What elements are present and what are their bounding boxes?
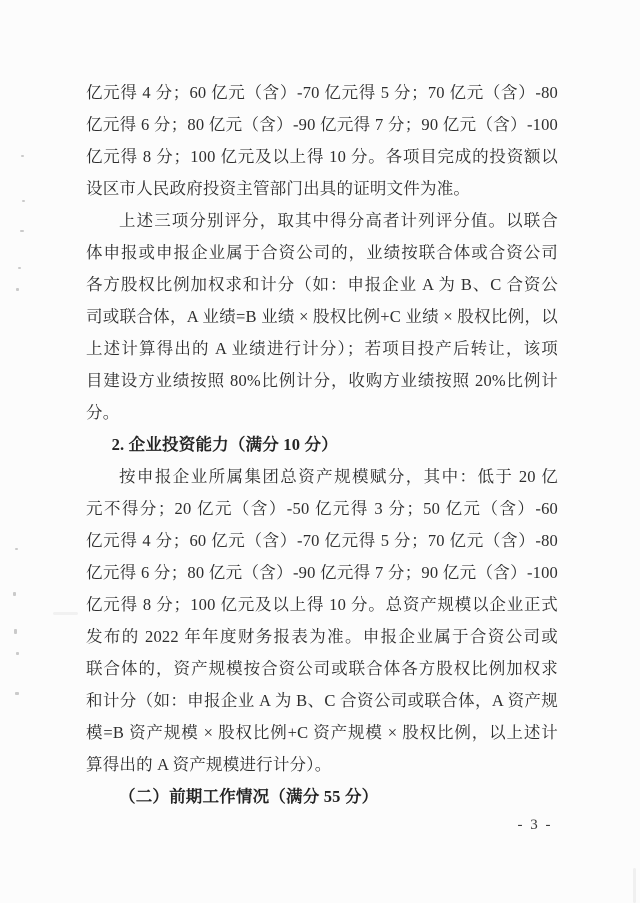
- scan-speck: [21, 155, 24, 157]
- scan-speck: [13, 592, 16, 596]
- scan-speck: [14, 629, 17, 634]
- body-line: 按申报企业所属集团总资产规模赋分，其中：低于 20 亿: [86, 461, 558, 493]
- body-line: 联合体的，资产规模按合资公司或联合体各方股权比例加权求: [86, 653, 558, 685]
- body-line: 元不得分；20 亿元（含）-50 亿元得 3 分；50 亿元（含）-60: [86, 493, 558, 525]
- body-line: 亿元得 4 分；60 亿元（含）-70 亿元得 5 分；70 亿元（含）-80: [86, 77, 558, 109]
- body-line: 和计分（如：申报企业 A 为 B、C 合资公司或联合体，A 资产规: [86, 685, 558, 717]
- section-heading-preliminary-work: （二）前期工作情况（满分 55 分）: [86, 781, 558, 813]
- body-line: 司或联合体，A 业绩=B 业绩 × 股权比例+C 业绩 × 股权比例，以: [86, 301, 558, 333]
- body-line: 目建设方业绩按照 80%比例计分，收购方业绩按照 20%比例计: [86, 365, 558, 397]
- body-line: 设区市人民政府投资主管部门出具的证明文件为准。: [86, 173, 558, 205]
- scan-speck: [16, 288, 19, 291]
- body-line: 分。: [86, 397, 558, 429]
- body-line: 模=B 资产规模 × 股权比例+C 资产规模 × 股权比例，以上述计: [86, 717, 558, 749]
- body-line: 算得出的 A 资产规模进行计分）。: [86, 749, 558, 781]
- document-body: 亿元得 4 分；60 亿元（含）-70 亿元得 5 分；70 亿元（含）-80 …: [86, 77, 558, 813]
- document-page: 亿元得 4 分；60 亿元（含）-70 亿元得 5 分；70 亿元（含）-80 …: [0, 0, 640, 903]
- scan-edge-shadow: [633, 868, 636, 903]
- page-number: - 3 -: [500, 812, 570, 838]
- body-line: 上述三项分别评分，取其中得分高者计列评分值。以联合: [86, 205, 558, 237]
- scan-speck: [15, 692, 19, 695]
- scan-smudge: [53, 612, 78, 615]
- body-line: 亿元得 4 分；60 亿元（含）-70 亿元得 5 分；70 亿元（含）-80: [86, 525, 558, 557]
- scan-speck: [20, 230, 24, 232]
- scan-speck: [15, 548, 18, 550]
- body-line: 亿元得 8 分；100 亿元及以上得 10 分。各项目完成的投资额以: [86, 141, 558, 173]
- body-line: 各方股权比例加权求和计分（如：申报企业 A 为 B、C 合资公: [86, 269, 558, 301]
- body-line: 亿元得 8 分；100 亿元及以上得 10 分。总资产规模以企业正式: [86, 589, 558, 621]
- body-line: 亿元得 6 分；80 亿元（含）-90 亿元得 7 分；90 亿元（含）-100: [86, 109, 558, 141]
- section-heading-investment-capacity: 2. 企业投资能力（满分 10 分）: [86, 429, 558, 461]
- body-line: 体申报或申报企业属于合资公司的，业绩按联合体或合资公司: [86, 237, 558, 269]
- scan-speck: [16, 652, 19, 655]
- body-line: 亿元得 6 分；80 亿元（含）-90 亿元得 7 分；90 亿元（含）-100: [86, 557, 558, 589]
- body-line: 上述计算得出的 A 业绩进行计分）；若项目投产后转让，该项: [86, 333, 558, 365]
- body-line: 发布的 2022 年年度财务报表为准。申报企业属于合资公司或: [86, 621, 558, 653]
- scan-speck: [22, 200, 25, 202]
- scan-speck: [18, 267, 21, 269]
